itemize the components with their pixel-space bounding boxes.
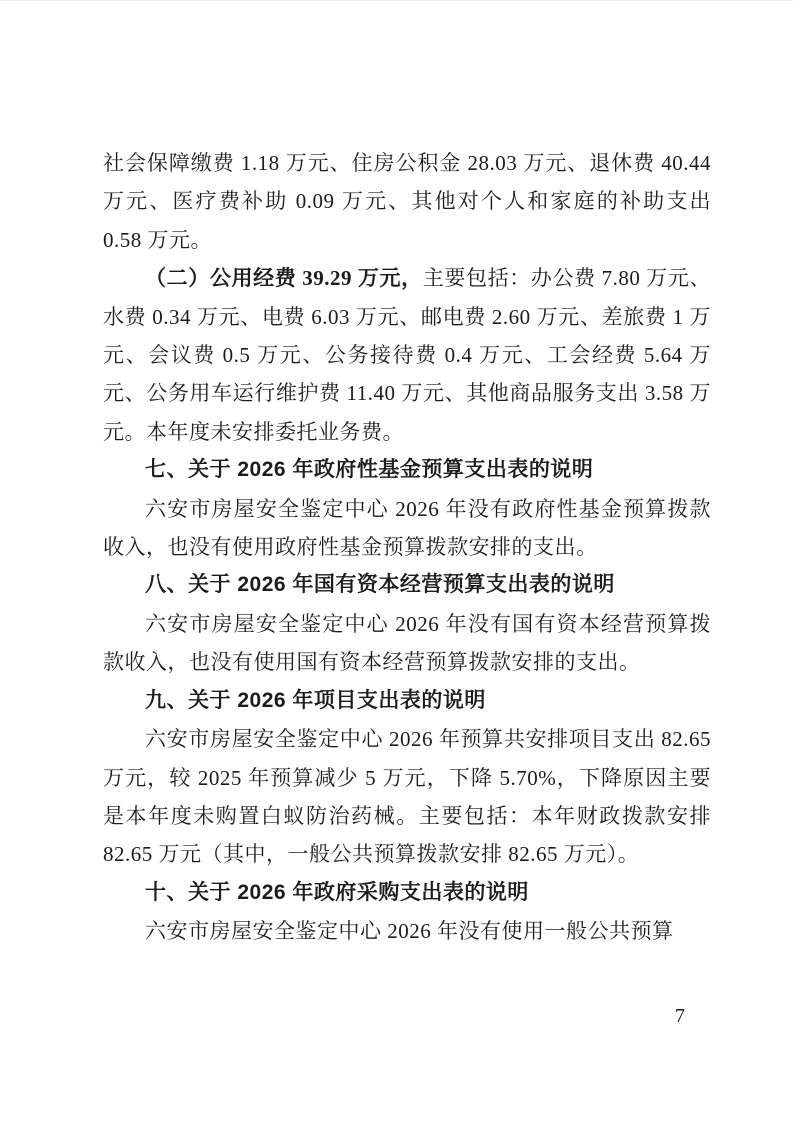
paragraph-personnel-welfare-continuation: 社会保障缴费 1.18 万元、住房公积金 28.03 万元、退休费 40.44 …	[103, 144, 711, 259]
paragraph-public-funds-lead: （二）公用经费 39.29 万元，	[145, 266, 423, 290]
document-body: 社会保障缴费 1.18 万元、住房公积金 28.03 万元、退休费 40.44 …	[103, 144, 711, 951]
document-page: 社会保障缴费 1.18 万元、住房公积金 28.03 万元、退休费 40.44 …	[0, 0, 793, 1122]
paragraph-section-8-body: 六安市房屋安全鉴定中心 2026 年没有国有资本经营预算拨款收入，也没有使用国有…	[103, 605, 711, 682]
heading-section-9-project-expenditure: 九、关于 2026 年项目支出表的说明	[103, 682, 711, 720]
heading-section-10-government-procurement: 十、关于 2026 年政府采购支出表的说明	[103, 874, 711, 912]
paragraph-section-9-body: 六安市房屋安全鉴定中心 2026 年预算共安排项目支出 82.65 万元，较 2…	[103, 720, 711, 874]
paragraph-public-funds-rest: 主要包括：办公费 7.80 万元、水费 0.34 万元、电费 6.03 万元、邮…	[103, 266, 711, 444]
paragraph-section-7-body: 六安市房屋安全鉴定中心 2026 年没有政府性基金预算拨款收入，也没有使用政府性…	[103, 490, 711, 567]
paragraph-public-funds: （二）公用经费 39.29 万元，主要包括：办公费 7.80 万元、水费 0.3…	[103, 259, 711, 451]
paragraph-section-10-body: 六安市房屋安全鉴定中心 2026 年没有使用一般公共预算	[103, 912, 711, 950]
heading-section-7-government-fund-budget: 七、关于 2026 年政府性基金预算支出表的说明	[103, 451, 711, 489]
heading-section-8-state-capital-budget: 八、关于 2026 年国有资本经营预算支出表的说明	[103, 566, 711, 604]
page-number: 7	[650, 1000, 710, 1032]
